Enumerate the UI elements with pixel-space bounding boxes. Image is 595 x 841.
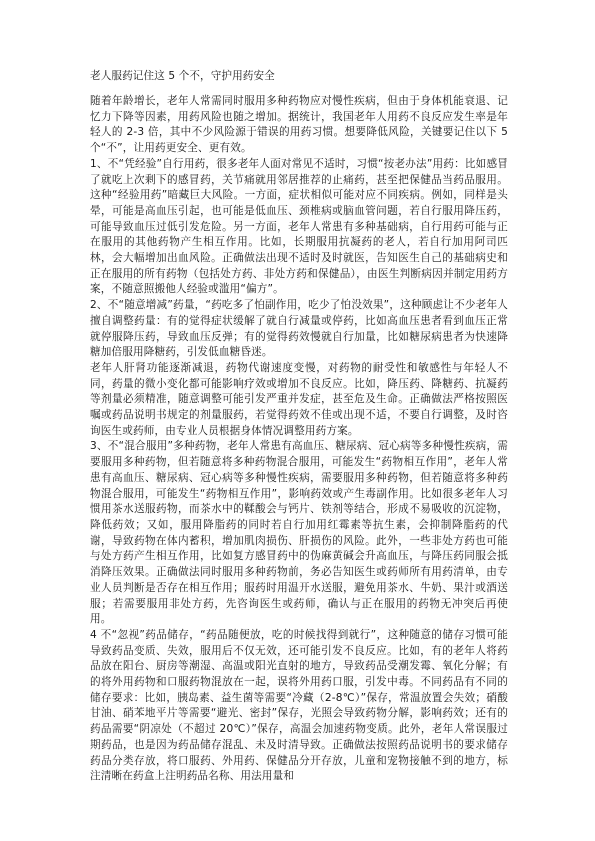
section-2-paragraph: 2、不“随意增减”药量，“药吃多了怕副作用，吃少了怕没效果”，这种顾虑让不少老年… (90, 298, 508, 361)
document-body: 随着年龄增长，老年人常需同时服用多种药物应对慢性疾病，但由于身体机能衰退、记忆力… (90, 94, 508, 785)
document-page: 老人服药记住这 5 个不，守护用药安全 随着年龄增长，老年人常需同时服用多种药物… (90, 68, 508, 785)
section-4-paragraph: 4 不“忽视”药品储存，“药品随便放，吃的时候找得到就行”，这种随意的储存习惯可… (90, 628, 508, 785)
document-title: 老人服药记住这 5 个不，守护用药安全 (90, 68, 508, 84)
section-2-detail-paragraph: 老年人肝肾功能逐渐减退，药物代谢速度变慢，对药物的耐受性和敏感性与年轻人不同，药… (90, 361, 508, 440)
section-1-paragraph: 1、不“凭经验”自行用药，很多老年人面对常见不适时，习惯“按老办法”用药：比如感… (90, 157, 508, 298)
section-3-paragraph: 3、不“混合服用”多种药物，老年人常患有高血压、糖尿病、冠心病等多种慢性疾病，需… (90, 439, 508, 627)
intro-paragraph: 随着年龄增长，老年人常需同时服用多种药物应对慢性疾病，但由于身体机能衰退、记忆力… (90, 94, 508, 157)
